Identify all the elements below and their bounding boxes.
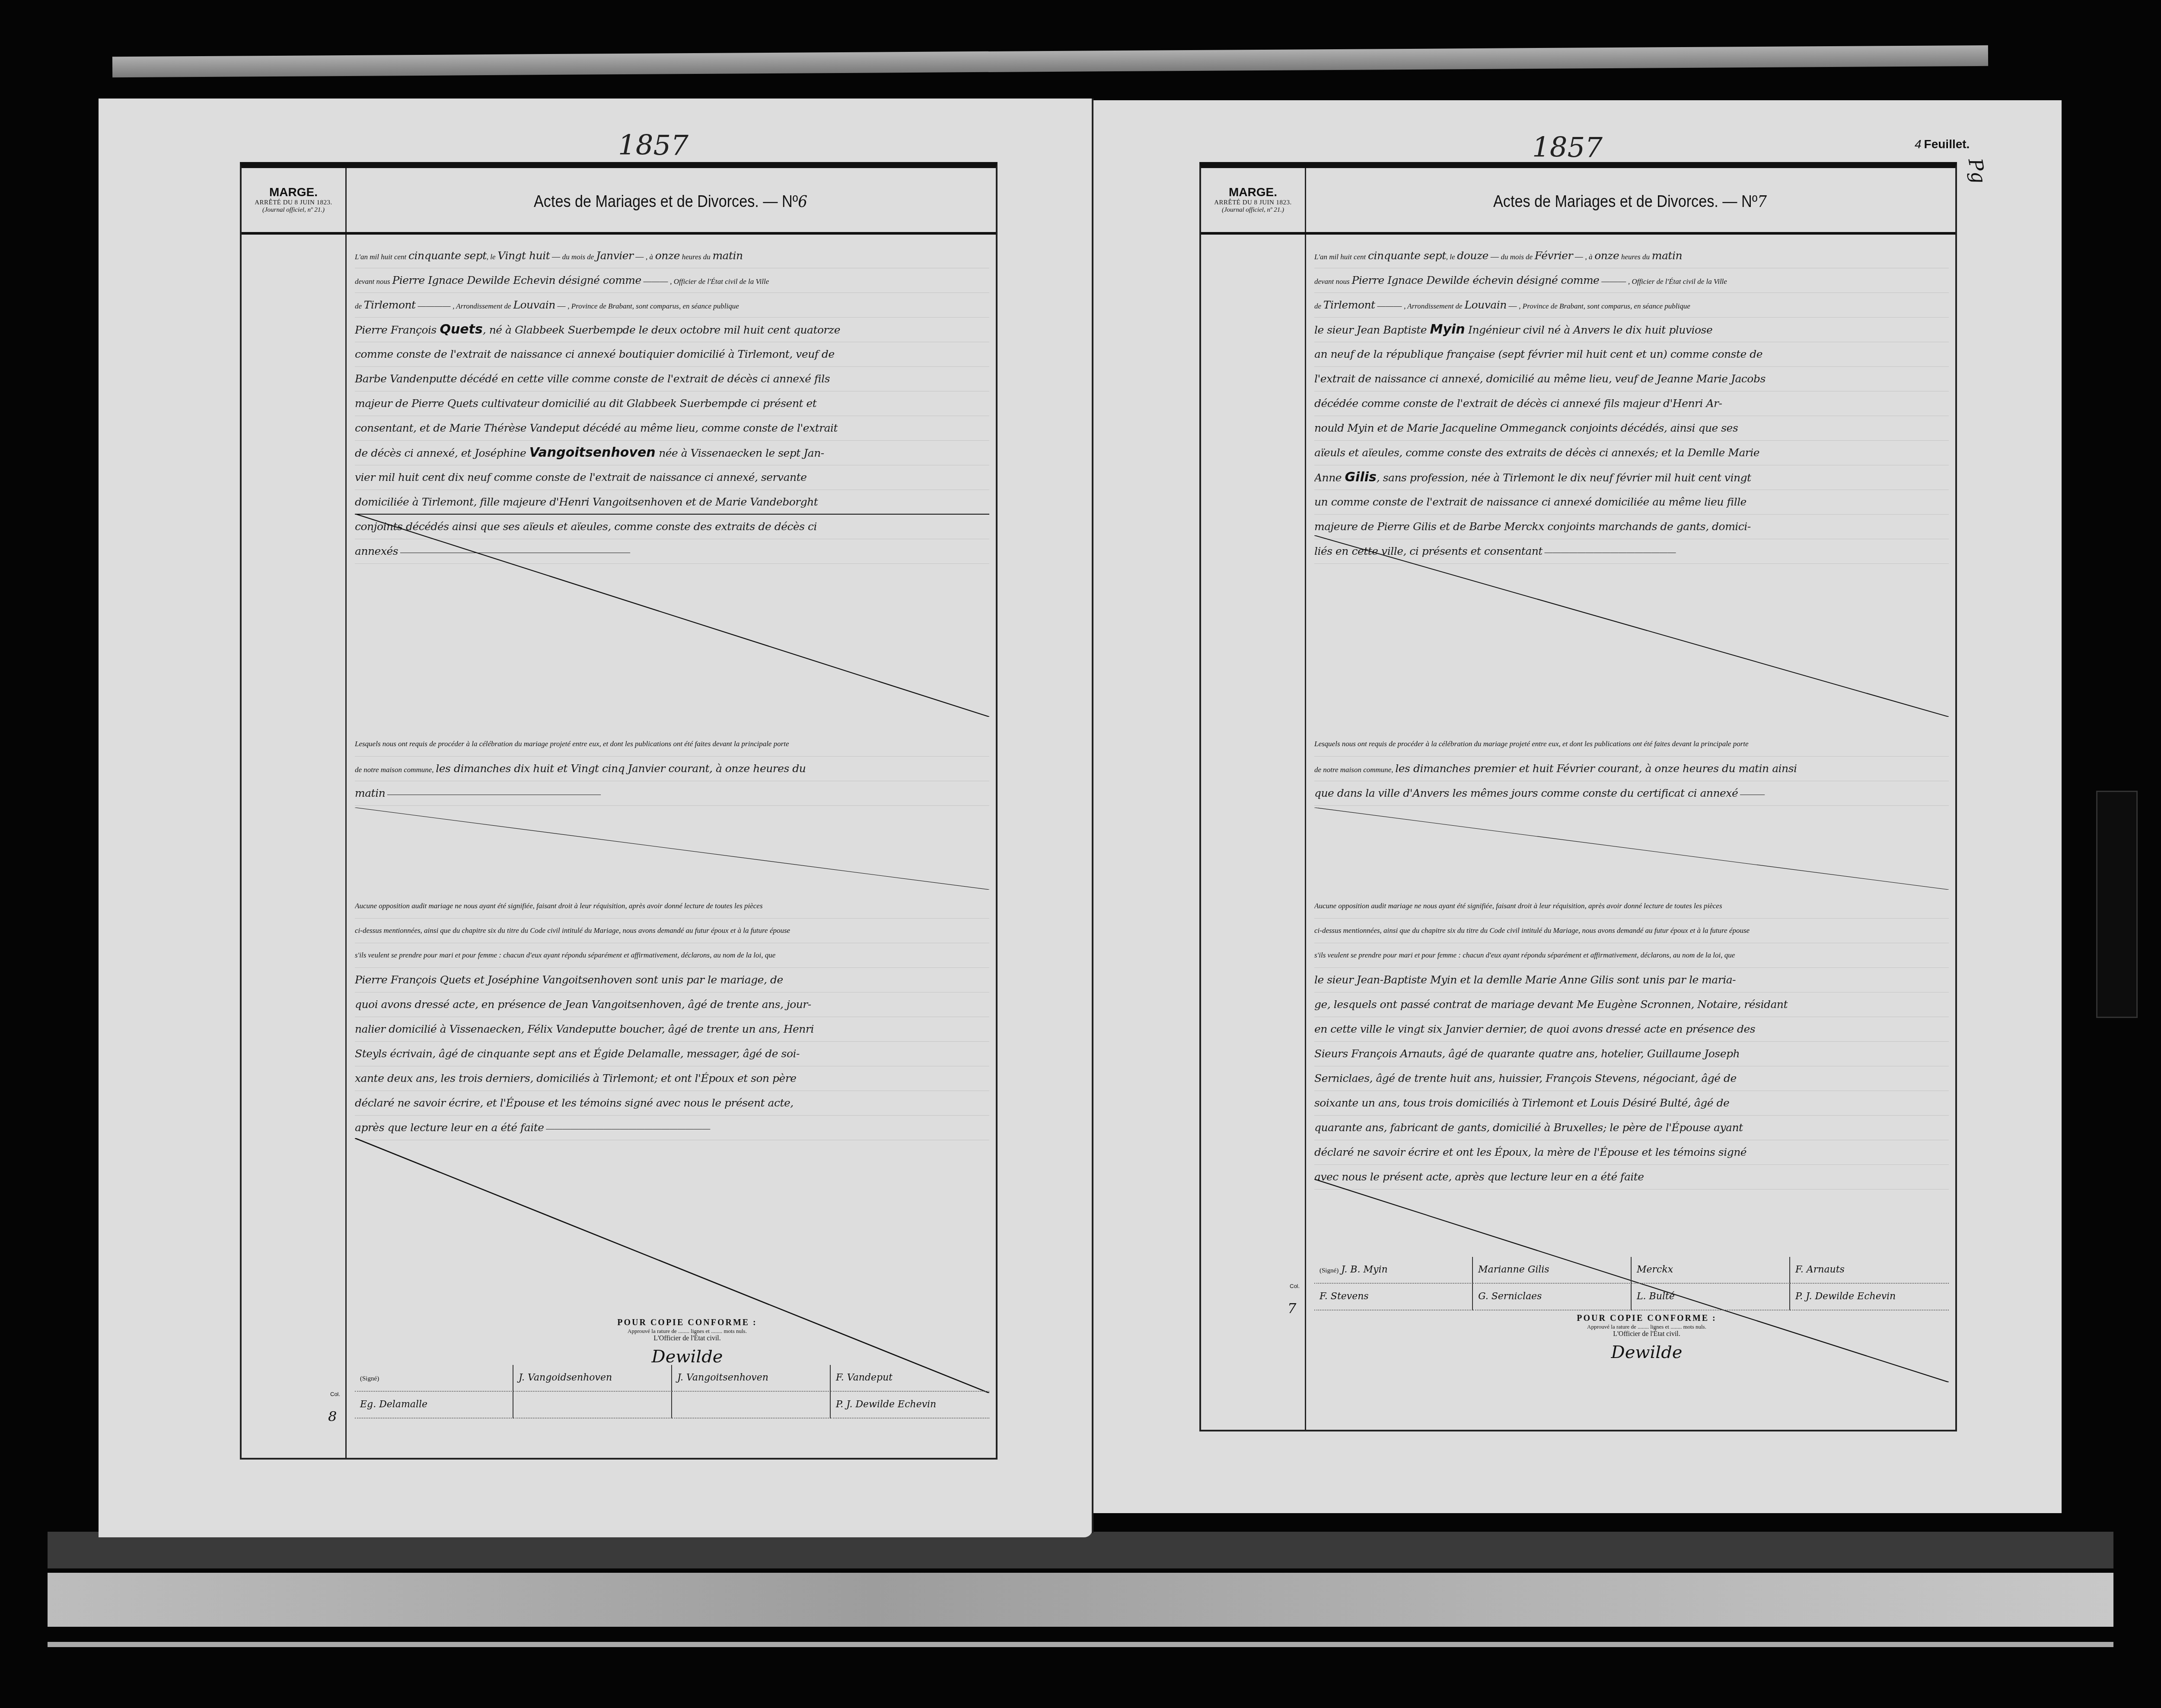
header-rule [1201,232,1955,235]
opening-line-3: de Tirlemont ———— , Arrondissement de Lo… [355,293,989,318]
certification-block-left: POUR COPIE CONFORME : Approuvé la rature… [536,1318,838,1367]
signature-cell: Eg. Delamalle [355,1392,513,1419]
margin-number: 8 [328,1408,337,1425]
margin-col-mark: Col. [1290,1283,1300,1289]
signature-cell: F. Stevens [1314,1284,1473,1310]
marge-title: MARGE. [1201,185,1305,199]
parties-line: l'extrait de naissance ci annexé, domici… [1314,367,1949,391]
parties-line: aïeuls et aïeules, comme conste des extr… [1314,441,1949,465]
margin-column [242,168,347,1458]
strike-through-diagonal [355,514,989,717]
signature-cell: J. Vangoidsenhoven [513,1365,672,1392]
signature-cell: Merckx [1632,1257,1790,1284]
signature-cell: Marianne Gilis [1473,1257,1632,1284]
signature-cell [513,1392,672,1419]
parties-line: nould Myin et de Marie Jacqueline Ommega… [1314,416,1949,441]
publications-block: Lesquels nous ont requis de procéder à l… [1314,732,1949,806]
declaration-line: xante deux ans, les trois derniers, domi… [355,1066,989,1091]
opposition-block: Aucune opposition audit mariage ne nous … [355,894,989,1140]
declaration-line: Pierre François Quets et Joséphine Vango… [355,968,989,992]
marge-arrete: ARRÊTÉ DU 8 JUIN 1823. [1201,199,1305,207]
parties-line: an neuf de la république française (sept… [1314,342,1949,367]
scanner-bottom-band-light [48,1573,2113,1627]
parties-line: majeur de Pierre Quets cultivateur domic… [355,391,989,416]
left-act-form: MARGE. ARRÊTÉ DU 8 JUIN 1823. (Journal o… [240,162,998,1460]
publications-block: Lesquels nous ont requis de procéder à l… [355,732,989,806]
marge-journal: (Journal officiel, nº 21.) [242,207,345,214]
feuillet-text: Feuillet. [1924,137,1970,151]
act-body: L'an mil huit cent cinquante sept, le do… [1314,244,1949,564]
certification-heading: POUR COPIE CONFORME : [536,1318,838,1328]
declaration-line: déclaré ne savoir écrire, et l'Épouse et… [355,1091,989,1116]
margin-col-mark: Col. [330,1391,340,1397]
publications-print: Lesquels nous ont requis de procéder à l… [355,740,789,748]
declaration-line: après que lecture leur en a été faite ——… [355,1116,989,1140]
scanner-bottom-strip [48,1642,2113,1647]
declaration-line: Steyls écrivain, âgé de cinquante sept a… [355,1042,989,1066]
parties-line: un comme conste de l'extrait de naissanc… [1314,490,1949,515]
bride-surname: Gilis [1345,470,1377,485]
header-rule [242,232,996,235]
signature-cell: (Signé)J. B. Myin [1314,1257,1473,1284]
certification-approval: Approuvé la rature de ........ lignes et… [1495,1323,1798,1330]
signature-cell: J. Vangoitsenhoven [672,1365,831,1392]
opening-line-3: de Tirlemont ——— , Arrondissement de Lou… [1314,293,1949,318]
strike-through-diagonal [1314,535,1949,717]
marge-header: MARGE. ARRÊTÉ DU 8 JUIN 1823. (Journal o… [1201,168,1305,232]
scanner-top-band [112,45,1988,78]
declaration-line: déclaré ne savoir écrire et ont les Épou… [1314,1140,1949,1165]
signature-cell: P. J. Dewilde Echevin [1790,1284,1949,1310]
act-number: 7 [1757,192,1767,211]
declaration-line: Serniclaes, âgé de trente huit ans, huis… [1314,1066,1949,1091]
act-title-text: Actes de Mariages et de Divorces. — Nº [534,193,798,211]
declaration-line: le sieur Jean-Baptiste Myin et la demlle… [1314,968,1949,992]
certification-block-right: POUR COPIE CONFORME : Approuvé la rature… [1495,1314,1798,1362]
opening-line-2: devant nous Pierre Ignace Dewilde Echevi… [355,268,989,293]
groom-surname: Quets [440,322,482,337]
corner-initials: Pg [1964,157,1990,185]
opening-line-1: L'an mil huit cent cinquante sept, le do… [1314,244,1949,268]
signature-cell [672,1392,831,1419]
certification-officer: L'Officier de l'État civil. [536,1335,838,1342]
declaration-line: nalier domicilié à Vissenaecken, Félix V… [355,1017,989,1042]
marge-title: MARGE. [242,185,345,199]
publications-print: Lesquels nous ont requis de procéder à l… [1314,740,1749,748]
declaration-line: en cette ville le vingt six Janvier dern… [1314,1017,1949,1042]
parties-line: de décès ci annexé, et Joséphine Vangoit… [355,441,989,465]
marge-journal: (Journal officiel, nº 21.) [1201,207,1305,214]
parties-line: Anne Gilis, sans profession, née à Tirle… [1314,465,1949,490]
margin-column [1201,168,1306,1430]
marge-arrete: ARRÊTÉ DU 8 JUIN 1823. [242,199,345,207]
parties-line: Barbe Vandenputte décédé en cette ville … [355,367,989,391]
parties-line: domiciliée à Tirlemont, fille majeure d'… [355,490,989,515]
strike-through-diagonal [1314,808,1949,890]
certification-approval: Approuvé la rature de ........ lignes et… [536,1328,838,1335]
publications-dates: les dimanches premier et huit Février co… [1395,762,1797,775]
declaration-line: soixante un ans, tous trois domiciliés à… [1314,1091,1949,1116]
strike-through-diagonal [355,808,989,890]
officer-signature: Dewilde [536,1347,838,1367]
groom-surname: Myin [1430,322,1465,337]
publications-dates: les dimanches dix huit et Vingt cinq Jan… [436,762,806,775]
opening-line-1: L'an mil huit cent cinquante sept, le Vi… [355,244,989,268]
declaration-line: ge, lesquels ont passé contrat de mariag… [1314,992,1949,1017]
certification-officer: L'Officier de l'État civil. [1495,1330,1798,1338]
feuillet-label: 4Feuillet. [1915,137,1970,151]
bride-surname: Vangoitsenhoven [529,445,656,460]
signature-cell: G. Serniclaes [1473,1284,1632,1310]
year-left: 1857 [618,130,688,162]
parties-line: vier mil huit cent dix neuf comme conste… [355,465,989,490]
signature-cell: F. Arnauts [1790,1257,1949,1284]
page-tab-marker [2096,791,2138,1018]
act-title: Actes de Mariages et de Divorces. — Nº6 [378,192,963,211]
right-act-form: MARGE. ARRÊTÉ DU 8 JUIN 1823. (Journal o… [1199,162,1957,1431]
declaration-line: quoi avons dressé acte, en présence de J… [355,992,989,1017]
act-title: Actes de Mariages et de Divorces. — Nº7 [1337,192,1923,211]
opposition-block: Aucune opposition audit mariage ne nous … [1314,894,1949,1190]
signature-cell: L. Bulté [1632,1284,1790,1310]
parties-line: comme conste de l'extrait de naissance c… [355,342,989,367]
year-right: 1857 [1532,132,1603,164]
marge-header: MARGE. ARRÊTÉ DU 8 JUIN 1823. (Journal o… [242,168,345,232]
opening-line-2: devant nous Pierre Ignace Dewilde échevi… [1314,268,1949,293]
officer-signature: Dewilde [1495,1342,1798,1362]
signature-table: (Signé) J. Vangoidsenhoven J. Vangoitsen… [355,1365,989,1419]
feuillet-number: 4 [1915,137,1922,151]
parties-line: décédée comme conste de l'extrait de déc… [1314,391,1949,416]
margin-number: 7 [1288,1300,1296,1317]
certification-heading: POUR COPIE CONFORME : [1495,1314,1798,1323]
signature-table: (Signé)J. B. Myin Marianne Gilis Merckx … [1314,1257,1949,1310]
parties-line: consentant, et de Marie Thérèse Vandeput… [355,416,989,441]
declaration-line: Sieurs François Arnauts, âgé de quarante… [1314,1042,1949,1066]
declaration-line: quarante ans, fabricant de gants, domici… [1314,1116,1949,1140]
signature-cell: F. Vandeput [831,1365,989,1392]
signature-cell: P. J. Dewilde Echevin [831,1392,989,1419]
act-number: 6 [798,192,807,211]
act-title-text: Actes de Mariages et de Divorces. — Nº [1493,193,1757,211]
signature-cell: (Signé) [355,1365,513,1392]
parties-line: le sieur Jean Baptiste Myin Ingénieur ci… [1314,318,1949,342]
parties-line: Pierre François Quets, né à Glabbeek Sue… [355,318,989,342]
